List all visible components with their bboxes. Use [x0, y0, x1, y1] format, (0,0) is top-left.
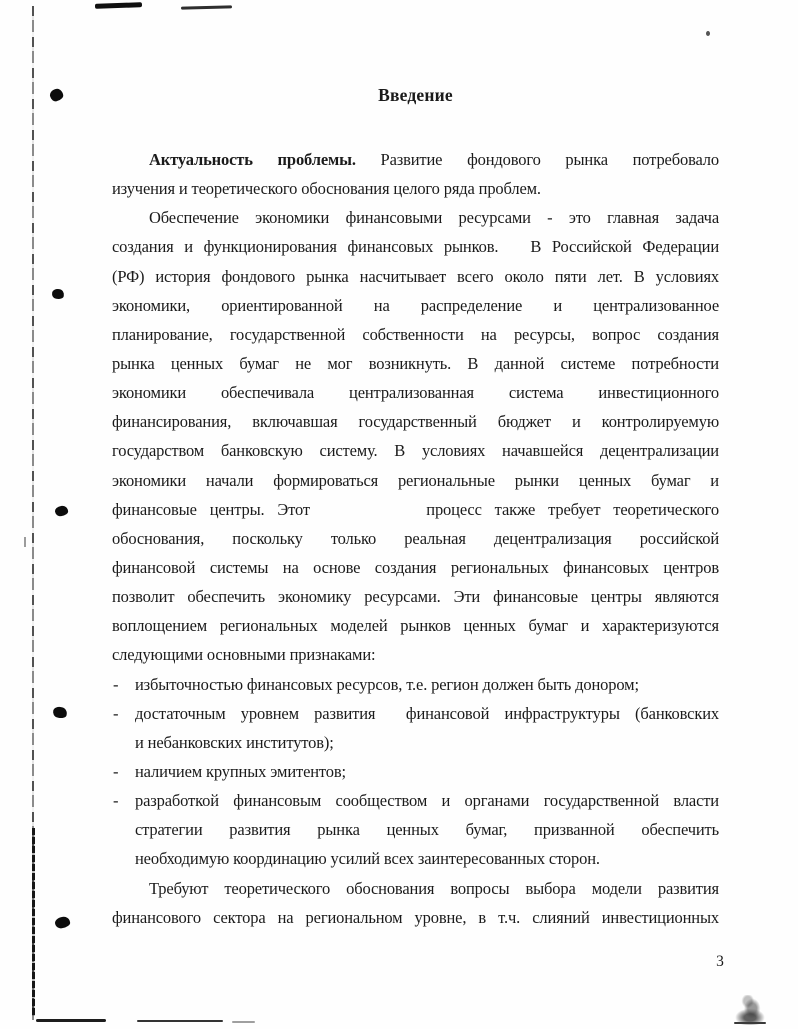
scanned-document-page: Введение Актуальность проблемы. Развитие…: [0, 0, 798, 1029]
top-right-speck: [706, 31, 710, 36]
text-line: позволит обеспечить экономику ресурсами.…: [112, 582, 719, 611]
text-line: Требуют теоретического обоснования вопро…: [112, 874, 719, 903]
bottom-edge-tick-3: [232, 1021, 255, 1023]
text-line: воплощением региональных моделей рынков …: [112, 611, 719, 640]
text-line: (РФ) история фондового рынка насчитывает…: [112, 262, 719, 291]
text-line: планирование, государственной собственно…: [112, 320, 719, 349]
text-line: экономики обеспечивала централизованная …: [112, 378, 719, 407]
text-line: Актуальность проблемы. Развитие фондовог…: [112, 145, 719, 174]
text-line: Обеспечение экономики финансовыми ресурс…: [112, 203, 719, 232]
text-lines: Актуальность проблемы. Развитие фондовог…: [112, 145, 719, 932]
text-line: создания и функционирования финансовых р…: [112, 232, 719, 261]
text-line: государством банковскую систему. В услов…: [112, 436, 719, 465]
text-line: избыточностью финансовых ресурсов, т.е. …: [112, 670, 719, 699]
text-line: следующими основными признаками:: [112, 640, 719, 669]
ink-blot-3: [54, 505, 68, 517]
text-line: необходимую координацию усилий всех заин…: [112, 844, 719, 873]
page-number: 3: [700, 953, 740, 971]
left-edge-scan-line-dark-segment: [32, 828, 35, 1016]
text-line: и небанковских институтов);: [112, 728, 719, 757]
bold-run: Актуальность проблемы.: [149, 150, 356, 169]
text-line: финансирования, включавшая государственн…: [112, 407, 719, 436]
corner-smudge: [728, 995, 772, 1025]
bottom-edge-tick-2: [137, 1020, 223, 1022]
text-line: рынка ценных бумаг не мог возникнуть. В …: [112, 349, 719, 378]
text-line: финансового сектора на региональном уров…: [112, 903, 719, 932]
text-line: достаточным уровнем развития финансовой …: [112, 699, 719, 728]
text-line: обоснования, поскольку только реальная д…: [112, 524, 719, 553]
text-line: финансовой системы на основе создания ре…: [112, 553, 719, 582]
bottom-edge-tick-1: [36, 1019, 106, 1022]
ink-blot-4: [52, 705, 68, 719]
ink-blot-2: [51, 288, 65, 300]
ink-blot-5: [54, 916, 71, 929]
text-line: разработкой финансовым сообществом и орг…: [112, 786, 719, 815]
left-margin-tick: [24, 537, 26, 547]
text-line: финансовые центры. Этот процесс также тр…: [112, 495, 719, 524]
ink-blot-1: [49, 88, 65, 103]
top-edge-tick-2: [181, 5, 232, 9]
page-title: Введение: [112, 85, 719, 106]
text-line: стратегии развития рынка ценных бумаг, п…: [112, 815, 719, 844]
top-edge-tick-1: [95, 2, 142, 9]
text-line: наличием крупных эмитентов;: [112, 757, 719, 786]
text-line: экономики, ориентированной на распределе…: [112, 291, 719, 320]
text-line: изучения и теоретического обоснования це…: [112, 174, 719, 203]
text-line: экономики начали формироваться региональ…: [112, 466, 719, 495]
